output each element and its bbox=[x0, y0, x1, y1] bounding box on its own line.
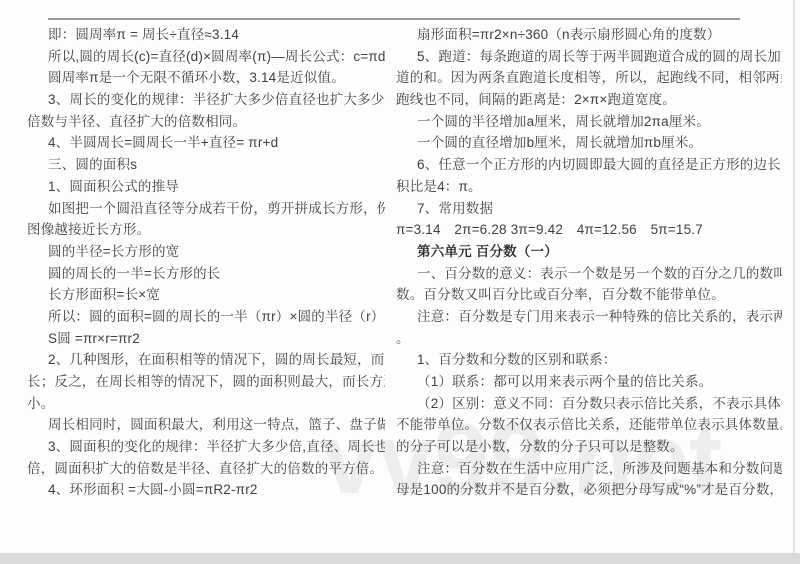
text-line: 注意：百分数是专门用来表示一种特殊的倍比关系的，表示两个数的比 bbox=[396, 306, 782, 328]
text-line: 1、百分数和分数的区别和联系： bbox=[396, 349, 782, 371]
text-line: 4、半圆周长=圆周长一半+直径= πr+d bbox=[27, 132, 385, 154]
text-line: 图像越接近长方形。 bbox=[27, 219, 385, 241]
text-line: 如图把一个圆沿直径等分成若干份，剪开拼成长方形，份数越多拼成的 bbox=[27, 198, 385, 220]
text-line: 不能带单位。分数不仅表示倍比关系，还能带单位表示具体数量。百分数 bbox=[396, 414, 782, 436]
text-line: 扇形面积=πr2×n÷360（n表示扇形圆心角的度数） bbox=[396, 24, 782, 46]
document-page: vv99.net 即：圆周率π = 周长÷直径≈3.14所以,圆的周长(c)=直… bbox=[0, 0, 800, 553]
text-line: 小。 bbox=[27, 393, 385, 415]
text-line: 长；反之，在周长相等的情况下，圆的面积则最大，而长方形的面积则最 bbox=[27, 371, 385, 393]
text-line: 母是100的分数并不是百分数，必须把分母写成“%”才是百分数，所以“ bbox=[396, 479, 782, 501]
text-line: 圆周率π是一个无限不循环小数，3.14是近似值。 bbox=[27, 67, 385, 89]
text-line: 6、任意一个正方形的内切圆即最大圆的直径是正方形的边长，它们的面 bbox=[396, 154, 782, 176]
text-line: 倍数与半径、直径扩大的倍数相同。 bbox=[27, 111, 385, 133]
text-line: 跑线也不同，间隔的距离是：2×π×跑道宽度。 bbox=[396, 89, 782, 111]
text-line: 1、圆面积公式的推导 bbox=[27, 176, 385, 198]
text-line: 一、百分数的意义：表示一个数是另一个数的百分之几的数叫做百分 bbox=[396, 263, 782, 285]
text-line: 长方形面积=长×宽 bbox=[27, 284, 385, 306]
text-line: S圆 =πr×r=πr2 bbox=[27, 328, 385, 350]
text-line: （1）联系：都可以用来表示两个量的倍比关系。 bbox=[396, 371, 782, 393]
text-line: 。 bbox=[396, 328, 782, 350]
text-line: π=3.14 2π=6.28 3π=9.42 4π=12.56 5π=15.7 bbox=[396, 219, 782, 241]
text-line: 5、跑道：每条跑道的周长等于两半圆跑道合成的圆的周长加上两条直跑 bbox=[396, 46, 782, 68]
text-line: 3、周长的变化的规律：半径扩大多少倍直径也扩大多少倍，周长扩大的 bbox=[27, 89, 385, 111]
text-line: 注意：百分数在生活中应用广泛，所涉及问题基本和分数问题相同，分 bbox=[396, 458, 782, 480]
text-line: 一个圆的直径增加b厘米，周长就增加πb厘米。 bbox=[396, 132, 782, 154]
text-line: 积比是4：π。 bbox=[396, 176, 782, 198]
page-right-edge bbox=[793, 0, 795, 553]
text-line: 2、几种图形，在面积相等的情况下，圆的周长最短，而长方形的周长最 bbox=[27, 349, 385, 371]
right-column: 扇形面积=πr2×n÷360（n表示扇形圆心角的度数）5、跑道：每条跑道的周长等… bbox=[396, 24, 782, 501]
text-line: 道的和。因为两条直跑道长度相等，所以，起跑线不同，相邻两条跑道起 bbox=[396, 67, 782, 89]
text-line: 圆的半径=长方形的宽 bbox=[27, 241, 385, 263]
left-column: 即：圆周率π = 周长÷直径≈3.14所以,圆的周长(c)=直径(d)×圆周率(… bbox=[27, 24, 385, 501]
text-line: 3、圆面积的变化的规律：半径扩大多少倍,直径、周长也同时扩大多少 bbox=[27, 436, 385, 458]
section-heading: 第六单元 百分数（一） bbox=[396, 241, 782, 263]
text-line: 即：圆周率π = 周长÷直径≈3.14 bbox=[27, 24, 385, 46]
text-line: 周长相同时，圆面积最大，利用这一特点，篮子、盘子做成圆形。 bbox=[27, 414, 385, 436]
text-line: 倍，圆面积扩大的倍数是半径、直径扩大的倍数的平方倍。 bbox=[27, 458, 385, 480]
text-line: 圆的周长的一半=长方形的长 bbox=[27, 263, 385, 285]
page-top-rule bbox=[48, 18, 740, 20]
text-line: 所以：圆的面积=圆的周长的一半（πr）×圆的半径（r） bbox=[27, 306, 385, 328]
text-line: 的分子可以是小数，分数的分子只可以是整数。 bbox=[396, 436, 782, 458]
text-line: 一个圆的半径增加a厘米，周长就增加2πa厘米。 bbox=[396, 111, 782, 133]
text-line: 所以,圆的周长(c)=直径(d)×圆周率(π)—周长公式：c=πd, c=2πr bbox=[27, 46, 385, 68]
text-line: 4、环形面积 =大圆-小圆=πR2-πr2 bbox=[27, 479, 385, 501]
page-bottom-edge bbox=[0, 553, 800, 564]
text-line: 三、圆的面积s bbox=[27, 154, 385, 176]
text-line: 7、常用数据 bbox=[396, 198, 782, 220]
text-line: 数。百分数又叫百分比或百分率，百分数不能带单位。 bbox=[396, 284, 782, 306]
text-line: （2）区别：意义不同：百分数只表示倍比关系，不表示具体数量，所以 bbox=[396, 393, 782, 415]
